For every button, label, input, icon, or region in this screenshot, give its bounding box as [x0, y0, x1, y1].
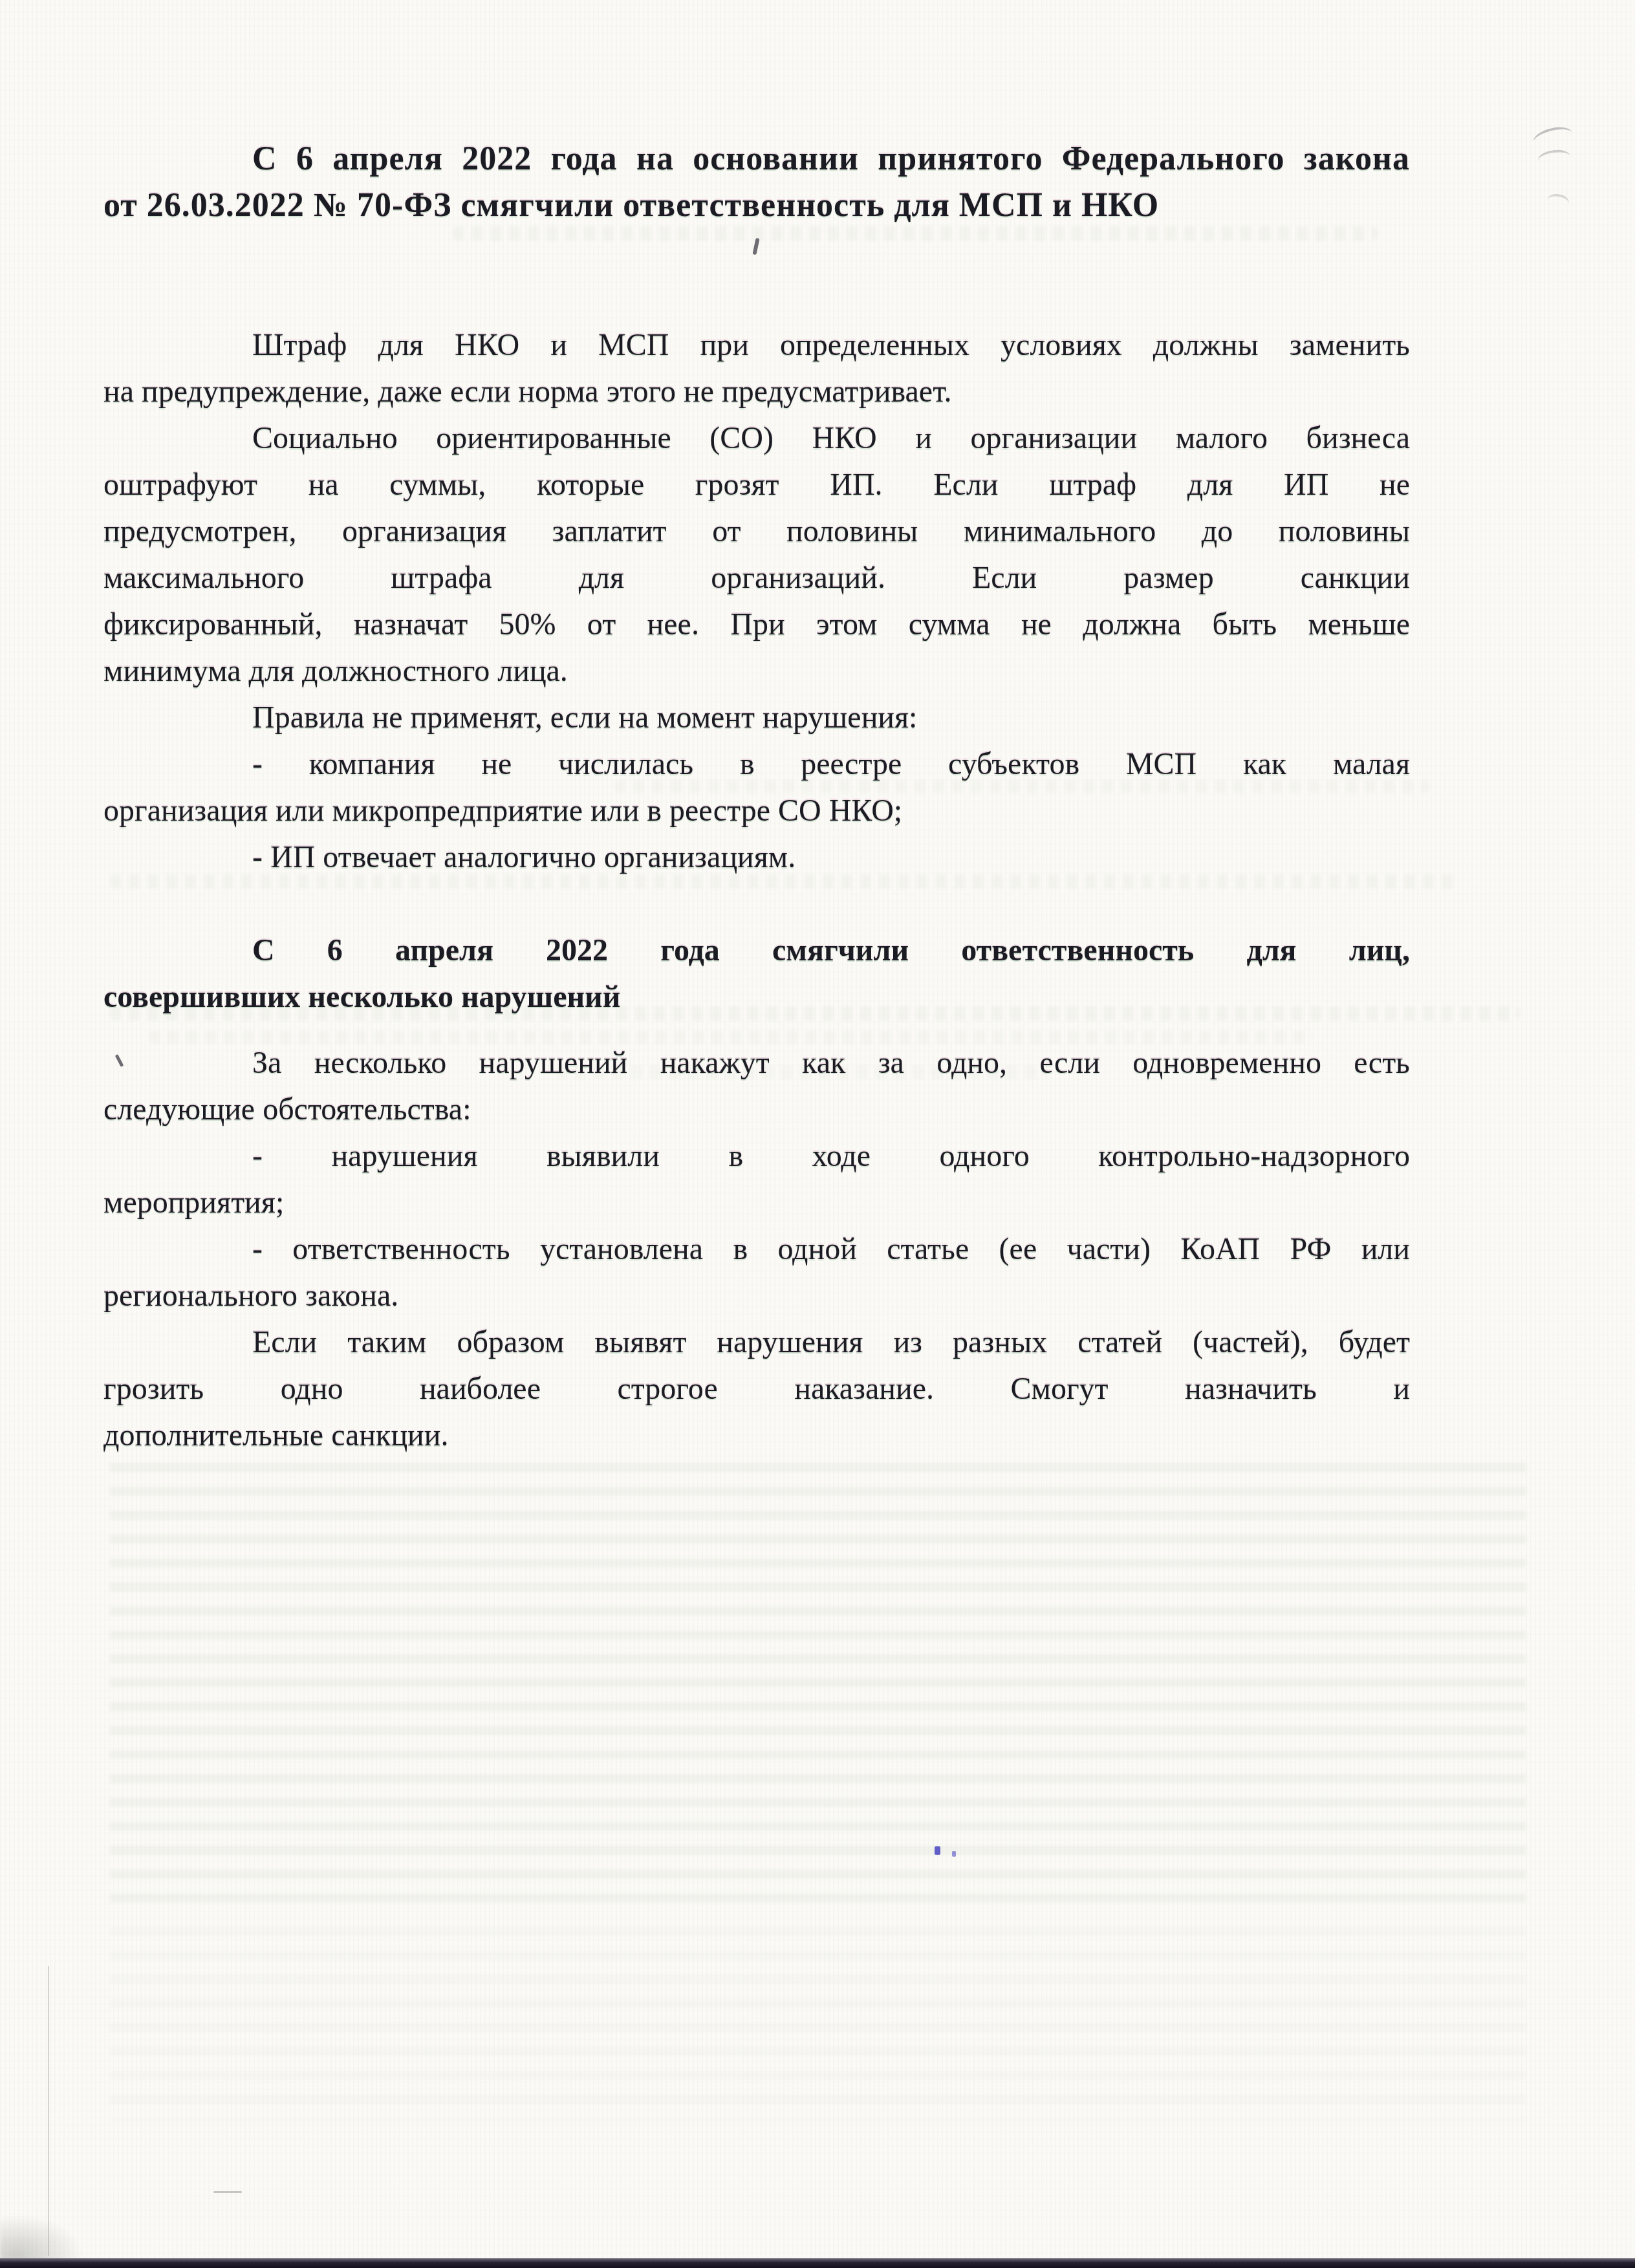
text-line: оштрафуют на суммы, которые грозят ИП. Е…	[103, 462, 1410, 508]
text-line: на предупреждение, даже если норма этого…	[103, 369, 1410, 415]
text-line: максимального штрафа для организаций. Ес…	[103, 555, 1410, 601]
text-line: С 6 апреля 2022 года на основании принят…	[103, 136, 1410, 182]
text-line: от 26.03.2022 № 70-ФЗ смягчили ответстве…	[103, 182, 1410, 229]
stray-dash-mark	[213, 2191, 242, 2193]
text-line: грозить одно наиболее строгое наказание.…	[103, 1366, 1410, 1412]
text-line: фиксированный, назначат 50% от нее. При …	[103, 601, 1410, 648]
scanned-document-page: С 6 апреля 2022 года на основании принят…	[0, 0, 1635, 2268]
smudge-mark	[1537, 148, 1571, 169]
subheading-multiple-violations: С 6 апреля 2022 года смягчили ответствен…	[103, 927, 1410, 1021]
title-paragraph: С 6 апреля 2022 года на основании принят…	[103, 136, 1410, 229]
text-line: Социально ориентированные (СО) НКО и орг…	[103, 415, 1410, 462]
text-line: Правила не применят, если на момент нару…	[103, 695, 1410, 741]
ink-speck	[935, 1846, 940, 1855]
text-line: С 6 апреля 2022 года смягчили ответствен…	[103, 927, 1410, 974]
text-line: - компания не числилась в реестре субъек…	[103, 741, 1410, 788]
paragraph-punished-as-one: За несколько нарушений накажут как за од…	[103, 1040, 1410, 1133]
smudge-mark	[1546, 192, 1570, 211]
text-line: - ответственность установлена в одной ст…	[103, 1226, 1410, 1273]
text-line: совершивших несколько нарушений	[103, 974, 1410, 1021]
text-line: - нарушения выявили в ходе одного контро…	[103, 1133, 1410, 1180]
bullet-same-article: - ответственность установлена в одной ст…	[103, 1226, 1410, 1319]
text-column: С 6 апреля 2022 года на основании принят…	[103, 136, 1410, 1459]
text-line: регионального закона.	[103, 1273, 1410, 1319]
paragraph-strictest-punishment: Если таким образом выявят нарушения из р…	[103, 1319, 1410, 1459]
text-line: Если таким образом выявят нарушения из р…	[103, 1319, 1410, 1366]
paragraph-so-nko-fines: Социально ориентированные (СО) НКО и орг…	[103, 415, 1410, 695]
ink-speck	[952, 1851, 956, 1857]
bullet-company-not-listed: - компания не числилась в реестре субъек…	[103, 741, 1410, 834]
text-line: организация или микропредприятие или в р…	[103, 788, 1410, 834]
text-line: За несколько нарушений накажут как за од…	[103, 1040, 1410, 1086]
text-line: Штраф для НКО и МСП при определенных усл…	[103, 322, 1410, 369]
text-line: дополнительные санкции.	[103, 1412, 1410, 1459]
scan-bottom-edge	[0, 2258, 1635, 2268]
text-line: следующие обстоятельства:	[103, 1086, 1410, 1133]
bleed-through-block	[110, 1463, 1526, 1916]
text-line: минимума для должностного лица.	[103, 648, 1410, 695]
text-line: - ИП отвечает аналогично организациям.	[103, 834, 1410, 881]
text-line: мероприятия;	[103, 1180, 1410, 1226]
paragraph-rules-not-applied: Правила не применят, если на момент нару…	[103, 695, 1410, 741]
bullet-ip-same-as-orgs: - ИП отвечает аналогично организациям.	[103, 834, 1410, 881]
smudge-mark	[1531, 124, 1574, 152]
scan-edge-line	[48, 1966, 49, 2256]
paragraph-fine-replacement: Штраф для НКО и МСП при определенных усл…	[103, 322, 1410, 415]
bullet-same-control-event: - нарушения выявили в ходе одного контро…	[103, 1133, 1410, 1226]
text-line: предусмотрен, организация заплатит от по…	[103, 508, 1410, 555]
bleed-through-block	[110, 1927, 1526, 2121]
